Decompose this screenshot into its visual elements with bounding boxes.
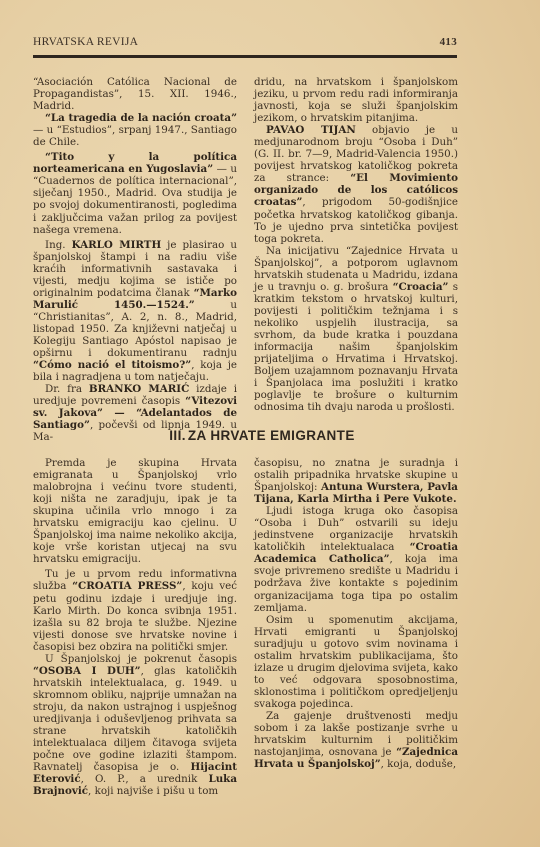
- page-number: 413: [440, 36, 457, 48]
- section-numeral: III.: [169, 428, 186, 443]
- paragraph: Osim u spomenutim akcijama, Hrvati emigr…: [254, 614, 458, 710]
- column-top-left: “Asociación Católica Nacional de Propaga…: [33, 76, 237, 443]
- section-heading: III.ZA HRVATE EMIGRANTE: [0, 428, 540, 443]
- paragraph: U Španjolskoj je pokrenut časopis “OSOBA…: [33, 653, 237, 798]
- paragraph: Na inicijativu “Zajednice Hrvata u Španj…: [254, 245, 458, 414]
- journal-name: “OSOBA I DUH”: [33, 665, 141, 677]
- journal-title: HRVATSKA REVIJA: [33, 36, 138, 48]
- paragraph: Ing. KARLO MIRTH je plasirao u španjolsk…: [33, 239, 237, 384]
- running-header: HRVATSKA REVIJA 413: [33, 36, 457, 48]
- column-bottom-left: Premda je skupina Hrvata emigranata u Šp…: [33, 457, 237, 797]
- person-name: PAVAO TIJAN: [266, 124, 356, 136]
- section-title: ZA HRVATE EMIGRANTE: [188, 428, 355, 443]
- paragraph: Za gajenje društvenosti medju sobom i za…: [254, 710, 458, 770]
- person-name: BRANKO MARIĆ: [89, 383, 189, 395]
- paragraph: Tu je u prvom redu informativna služba “…: [33, 568, 237, 652]
- work-title: “Cómo nació el titoismo?”: [33, 359, 191, 371]
- column-top-right: dridu, na hrvatskom i španjolskom jeziku…: [254, 76, 458, 413]
- paragraph: časopisu, no znatna je suradnja i ostali…: [254, 457, 458, 505]
- work-title: “Tito y la política norteamericana en Yu…: [33, 151, 237, 175]
- paragraph: Ljudi istoga kruga oko časopisa “Osoba i…: [254, 505, 458, 613]
- service-name: “CROATIA PRESS”: [72, 580, 182, 592]
- person-name: KARLO MIRTH: [72, 239, 162, 251]
- paragraph: “Asociación Católica Nacional de Propaga…: [33, 76, 237, 112]
- paragraph: “La tragedia de la nación croata” — u “E…: [33, 112, 237, 148]
- paragraph: Premda je skupina Hrvata emigranata u Šp…: [33, 457, 237, 565]
- paragraph: “Tito y la política norteamericana en Yu…: [33, 151, 237, 235]
- header-rule: [33, 55, 457, 58]
- work-title: “La tragedia de la nación croata”: [45, 112, 237, 124]
- paragraph: dridu, na hrvatskom i španjolskom jeziku…: [254, 76, 458, 124]
- paragraph: PAVAO TIJAN objavio je u medjunarodnom b…: [254, 124, 458, 244]
- column-bottom-right: časopisu, no znatna je suradnja i ostali…: [254, 457, 458, 770]
- document-page: HRVATSKA REVIJA 413 “Asociación Católica…: [0, 0, 540, 847]
- work-title: “Croacia”: [393, 281, 449, 293]
